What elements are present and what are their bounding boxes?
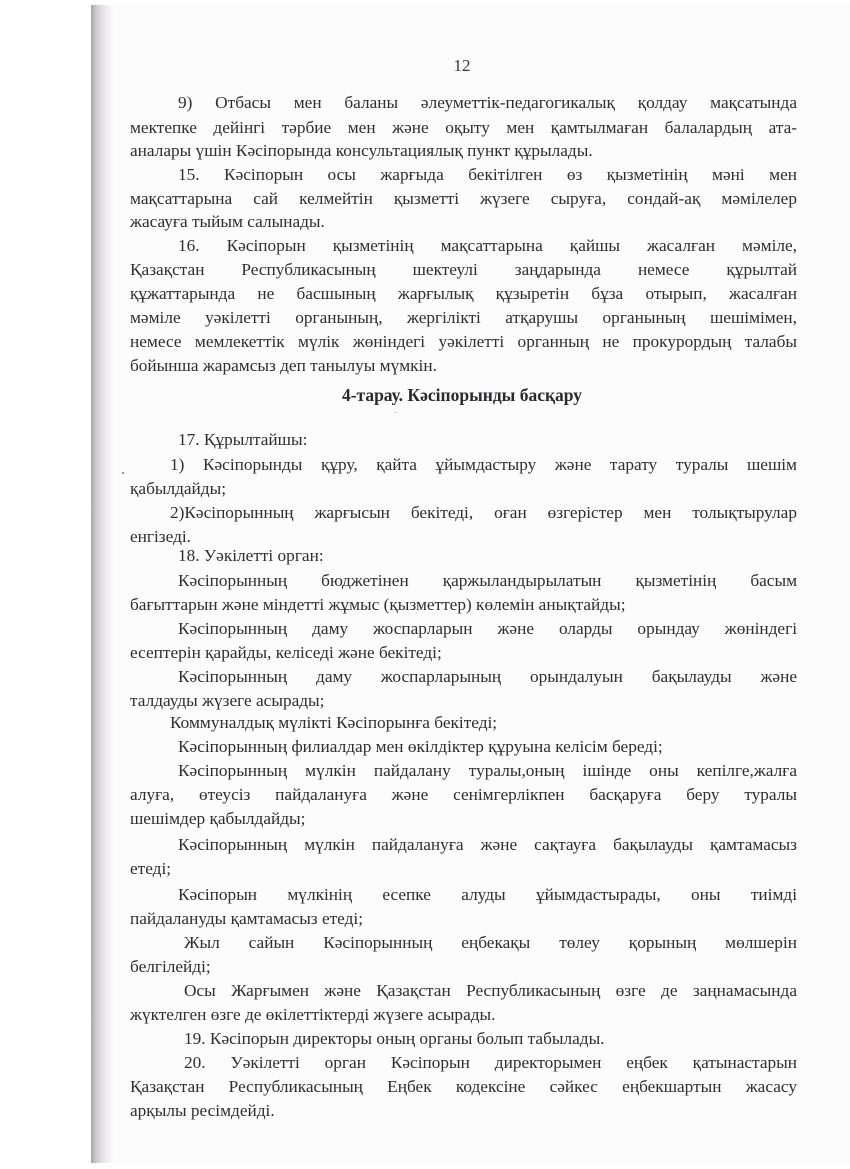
text-line: 20. Уәкілетті орган Кәсіпорын директорым…	[184, 1052, 797, 1074]
text-line: Кәсіпорынның даму жоспарларын және олард…	[178, 618, 797, 640]
text-line: мектепке дейінгі тәрбие мен және оқыту м…	[130, 117, 797, 139]
text-line: етеді;	[130, 858, 797, 880]
text-line: қабылдайды;	[130, 478, 797, 500]
text-line: Кәсіпорын мүлкінің есепке алуды ұйымдаст…	[178, 884, 797, 906]
text-line: 15. Кәсіпорын осы жарғыда бекітілген өз …	[178, 164, 797, 186]
text-line: 2)Кәсіпорынның жарғысын бекітеді, оған ө…	[170, 502, 797, 524]
text-line: бағыттарын және міндетті жұмыс (қызметте…	[130, 594, 797, 616]
text-line: Кәсіпорынның бюджетінен қаржыландырылаты…	[178, 570, 797, 592]
text-line: арқылы ресімдейді.	[130, 1100, 797, 1122]
scan-speck	[122, 472, 124, 474]
text-line: Қазақстан Республикасының Еңбек кодексін…	[130, 1076, 797, 1098]
text-line: 17. Құрылтайшы:	[178, 429, 797, 451]
text-line: алуға, өтеусіз пайдалануға және сенімгер…	[130, 784, 797, 806]
text-line: 16. Кәсіпорын қызметінің мақсаттарына қа…	[178, 235, 797, 257]
text-line: аналары үшін Кәсіпорында консультациялық…	[130, 140, 797, 162]
text-line: 19. Кәсіпорын директоры оның органы болы…	[184, 1028, 797, 1050]
text-line: мәміле уәкілетті органының, жергілікті а…	[130, 307, 797, 329]
text-line: Кәсіпорынның мүлкін пайдалануға және сақ…	[178, 834, 797, 856]
text-line: жүктелген өзге де өкілеттіктерді жүзеге …	[130, 1004, 797, 1026]
text-line: Коммуналдық мүлікті Кәсіпорынға бекітеді…	[170, 712, 797, 734]
text-line: белгілейді;	[130, 956, 797, 978]
text-line: 9) Отбасы мен баланы әлеуметтік-педагоги…	[178, 92, 797, 114]
text-line: бойынша жарамсыз деп танылуы мүмкін.	[130, 355, 797, 377]
text-line: шешімдер қабылдайды;	[130, 808, 797, 830]
text-line: құжаттарында не басшының жарғылық құзыре…	[130, 283, 797, 305]
text-line: Қазақстан Республикасының шектеулі заңда…	[130, 259, 797, 281]
section-heading: 4-тарау. Кәсіпорынды басқару	[91, 385, 833, 406]
page-binding-shadow	[91, 5, 113, 1163]
text-line: есептерін қарайды, келіседі және бекітед…	[130, 642, 797, 664]
text-line: 18. Уәкілетті орган:	[178, 545, 797, 567]
text-line: Жыл сайын Кәсіпорынның еңбекақы төлеу қо…	[184, 932, 797, 954]
text-line: Кәсіпорынның даму жоспарларының орындалу…	[178, 666, 797, 688]
text-line: жасауға тыйым салынады.	[130, 211, 797, 233]
text-line: пайдалануды қамтамасыз етеді;	[130, 908, 797, 930]
text-line: талдауды жүзеге асырады;	[130, 690, 797, 712]
text-line: 1) Кәсіпорынды құру, қайта ұйымдастыру ж…	[170, 454, 797, 476]
text-line: мақсаттарына сай келмейтін қызметті жүзе…	[130, 188, 797, 210]
scan-speck	[395, 412, 396, 413]
text-line: немесе мемлекеттік мүлік жөніндегі уәкіл…	[130, 331, 797, 353]
text-line: Кәсіпорынның филиалдар мен өкілдіктер құ…	[178, 736, 797, 758]
page-number: 12	[91, 56, 833, 76]
text-line: Осы Жарғымен және Қазақстан Республикасы…	[184, 980, 797, 1002]
text-line: Кәсіпорынның мүлкін пайдалану туралы,оны…	[178, 760, 797, 782]
